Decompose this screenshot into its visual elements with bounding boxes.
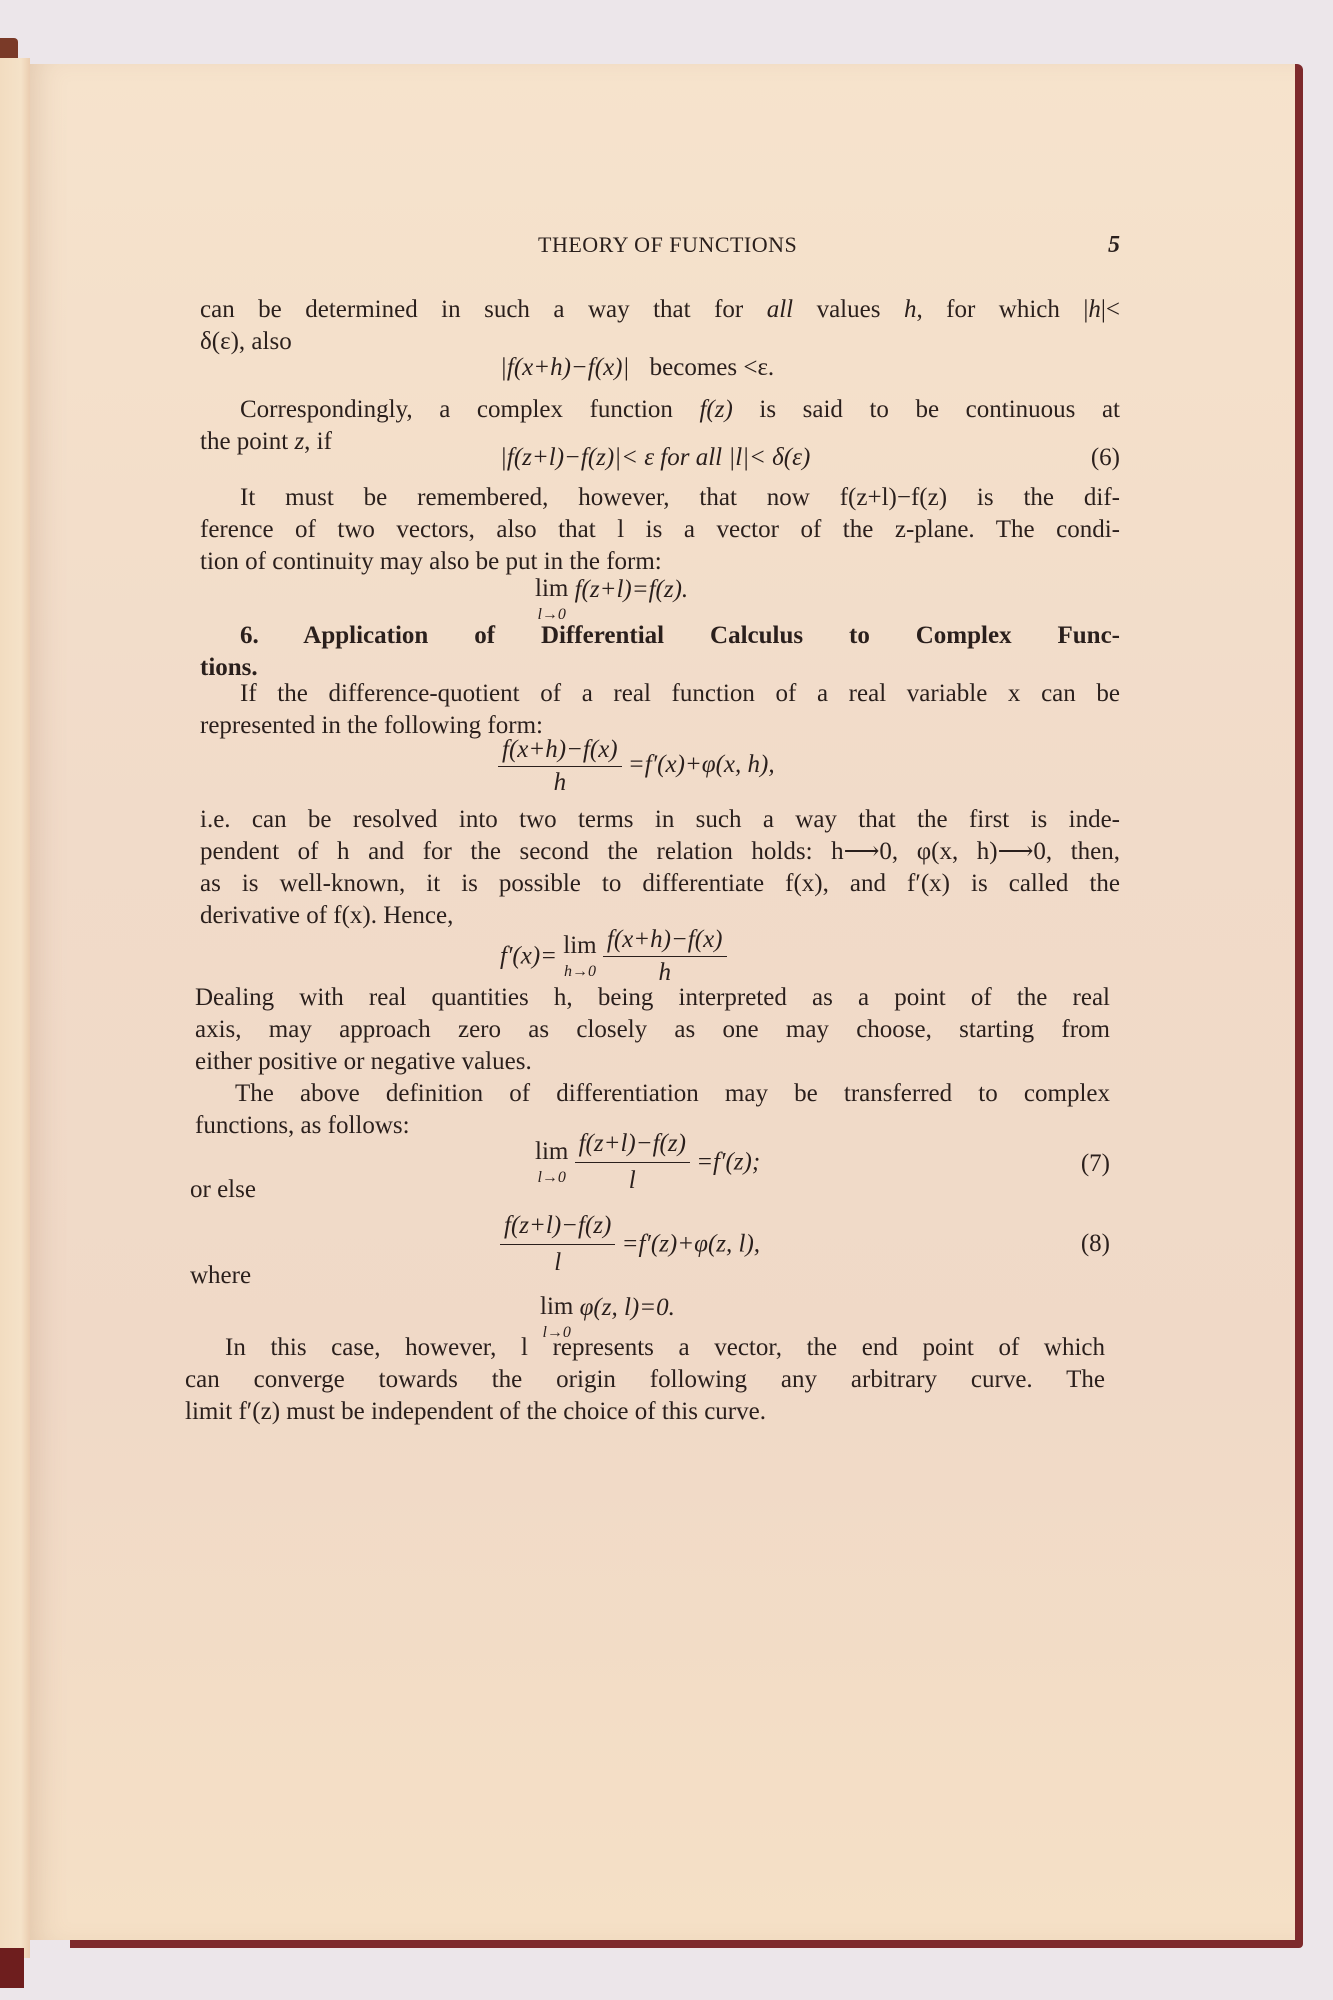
text-span: can be determined in such a way that for xyxy=(200,296,767,323)
text-line: In this case, however, l represents a ve… xyxy=(185,1332,1105,1364)
equation-number-8: (8) xyxy=(1081,1228,1110,1260)
var-h: h xyxy=(904,296,917,323)
equation-rhs: =f′(x)+φ(x, h), xyxy=(628,751,775,778)
numerator: f(x+h)−f(x) xyxy=(603,926,727,957)
text-line: If the difference-quotient of a real fun… xyxy=(200,678,1120,710)
limit-operator: limh→0 xyxy=(563,933,596,980)
lim-label: lim xyxy=(535,1138,568,1165)
facing-page-edge xyxy=(0,58,30,1958)
math-fz: f(z) xyxy=(699,396,732,423)
paragraph-8: In this case, however, l represents a ve… xyxy=(185,1332,1105,1428)
section-number: 6. xyxy=(240,622,259,649)
section-title-line: 6. Application of Differential Calculus … xyxy=(200,620,1120,652)
limit-operator: liml→0 xyxy=(535,576,568,623)
text-where: where xyxy=(190,1260,1110,1292)
equation-expr: φ(z, l)=0. xyxy=(580,1294,675,1321)
lim-subscript: h→0 xyxy=(563,964,596,980)
equation-continuity: liml→0 f(z+l)=f(z). xyxy=(535,576,688,623)
text-line: It must be remembered, however, that now… xyxy=(200,482,1120,514)
text-or-else: or else xyxy=(190,1174,1110,1206)
equation-lhs: f′(x)= xyxy=(500,943,557,970)
equation-difference-quotient: f(x+h)−f(x)h =f′(x)+φ(x, h), xyxy=(498,736,775,797)
text-line: as is well-known, it is possible to diff… xyxy=(200,868,1120,900)
equation-becomes: |f(x+h)−f(x)| becomes <ε. xyxy=(500,354,774,382)
emphasis-all: all xyxy=(767,296,793,323)
text-line: Correspondingly, a complex function f(z)… xyxy=(200,394,1120,426)
equation-6: |f(z+l)−f(z)|< ε for all |l|< δ(ε) xyxy=(500,442,810,474)
lim-label: lim xyxy=(563,932,596,959)
paragraph-4: If the difference-quotient of a real fun… xyxy=(200,678,1120,742)
lim-label: lim xyxy=(535,575,568,602)
page-header: THEORY OF FUNCTIONS 5 xyxy=(200,232,1120,262)
equation-number-6: (6) xyxy=(1091,442,1120,474)
text-line: Dealing with real quantities h, being in… xyxy=(195,982,1110,1014)
text-line: i.e. can be resolved into two terms in s… xyxy=(200,804,1120,836)
spine-tab-bottom xyxy=(0,1948,24,1988)
equation-rhs: =f′(z); xyxy=(696,1149,760,1176)
equation-derivative: f′(x)= limh→0 f(x+h)−f(x)h xyxy=(500,926,727,987)
denominator: h xyxy=(498,767,622,797)
equation-rhs: =f′(z)+φ(z, l), xyxy=(622,1231,760,1258)
running-head: THEORY OF FUNCTIONS xyxy=(538,232,797,258)
text-line: ference of two vectors, also that l is a… xyxy=(200,514,1120,546)
text-span: , for which | xyxy=(916,296,1088,323)
text-line: either positive or negative values. xyxy=(195,1046,1110,1078)
section-heading: 6. Application of Differential Calculus … xyxy=(200,620,1120,684)
numerator: f(z+l)−f(z) xyxy=(575,1128,690,1163)
paragraph-3: It must be remembered, however, that now… xyxy=(200,482,1120,578)
text-line: axis, may approach zero as closely as on… xyxy=(195,1014,1110,1046)
section-title: Application of Differential Calculus to … xyxy=(303,622,1120,649)
text-span: values xyxy=(793,296,904,323)
paragraph-6: Dealing with real quantities h, being in… xyxy=(195,982,1110,1078)
page-number: 5 xyxy=(1108,232,1120,259)
equation-expr: |f(x+h)−f(x)| xyxy=(500,354,629,381)
book-page: THEORY OF FUNCTIONS 5 can be determined … xyxy=(30,64,1295,1940)
text-line: can converge towards the origin followin… xyxy=(185,1364,1105,1396)
text-span: is said to be continuous at xyxy=(733,396,1120,423)
text-line: pendent of h and for the second the rela… xyxy=(200,836,1120,868)
equation-6-row: |f(z+l)−f(z)|< ε for all |l|< δ(ε) (6) xyxy=(200,442,1120,482)
lim-label: lim xyxy=(540,1293,573,1320)
numerator: f(x+h)−f(x) xyxy=(498,736,622,767)
fraction: f(x+h)−f(x)h xyxy=(498,736,622,797)
text-span: |< xyxy=(1101,296,1120,323)
equation-expr: f(z+l)=f(z). xyxy=(575,576,689,603)
spine-tab-top xyxy=(0,38,18,58)
text-line: limit f′(z) must be independent of the c… xyxy=(185,1396,1105,1428)
text-line: tion of continuity may also be put in th… xyxy=(200,546,1120,578)
paragraph-1: can be determined in such a way that for… xyxy=(200,294,1120,358)
text-line: The above definition of differentiation … xyxy=(195,1078,1110,1110)
numerator: f(z+l)−f(z) xyxy=(500,1210,615,1245)
fraction: f(x+h)−f(x)h xyxy=(603,926,727,987)
text-line: can be determined in such a way that for… xyxy=(200,294,1120,326)
equation-text: becomes <ε. xyxy=(650,354,775,381)
text-span: Correspondingly, a complex function xyxy=(240,396,699,423)
var-h: h xyxy=(1088,296,1101,323)
paragraph-5: i.e. can be resolved into two terms in s… xyxy=(200,804,1120,932)
